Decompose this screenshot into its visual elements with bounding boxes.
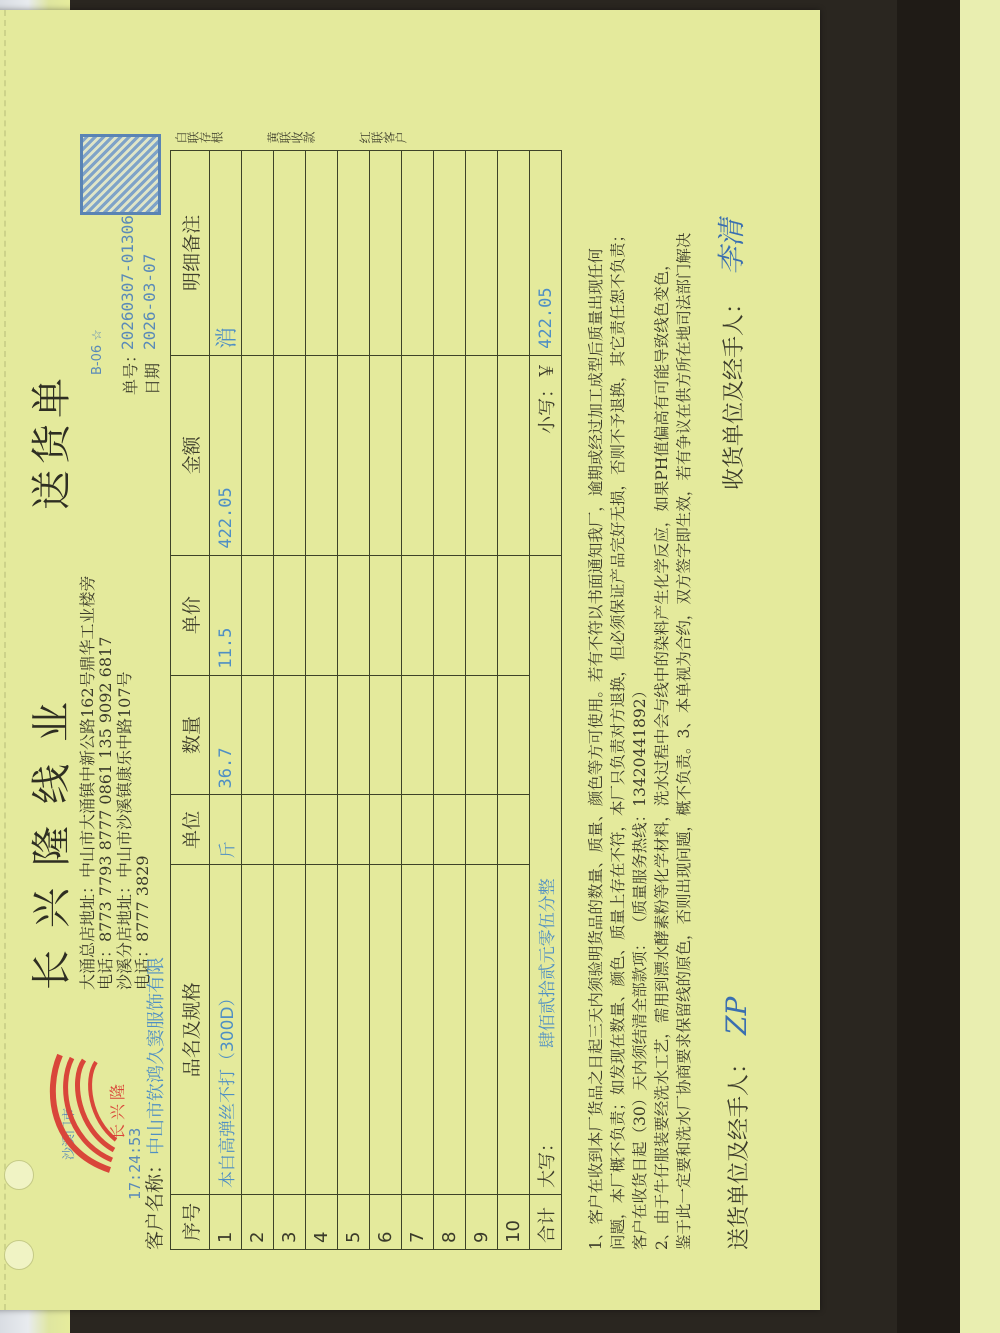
form-code: B-06 ☆	[90, 329, 105, 375]
row-no: 3	[274, 1195, 306, 1250]
company-title: 长兴隆线业	[20, 680, 77, 990]
capital-label: 大写：	[537, 1134, 558, 1188]
brand-mark: 长兴隆	[105, 1080, 128, 1140]
receiver-sign: 李清	[715, 219, 748, 275]
terms-line: 2、由于牛仔服装要经洗水工艺，需用到漂水酵素粉等化学材料，洗水过程中会与线中的染…	[651, 110, 673, 1250]
items-table: 序号 品名及规格 单位 数量 单价 金额 明细备注 1 本白高弹丝不打（300D…	[170, 150, 562, 1250]
row-remark: 消	[210, 151, 242, 356]
sender-label: 送货单位及经手人：	[727, 1052, 752, 1250]
col-header-no: 序号	[171, 1195, 210, 1250]
customer-name: 中山市钦鸿久窦服饰有限	[142, 957, 168, 1155]
table-row: 7	[402, 151, 434, 1250]
document-title: 送货单	[20, 372, 77, 510]
terms-line: 问题，本厂概不负责；如发现在数量、颜色、质量上存在不符，本厂只负责对方退换，但必…	[607, 110, 629, 1250]
perforation-line	[4, 10, 6, 1310]
col-header-amount: 金额	[171, 355, 210, 555]
col-header-unit: 单位	[171, 795, 210, 865]
col-header-remark: 明细备注	[171, 151, 210, 356]
col-header-qty: 数量	[171, 675, 210, 795]
col-header-name: 品名及规格	[171, 865, 210, 1195]
date-value: 2026-03-07	[140, 254, 159, 350]
row-no: 4	[306, 1195, 338, 1250]
adjacent-paper	[960, 0, 1000, 1333]
table-row: 8	[434, 151, 466, 1250]
copy-label-yellow: 黄联收款	[267, 131, 315, 145]
copy-label-white: 白联存根	[175, 131, 223, 145]
order-no: 20260307-01306	[118, 215, 137, 350]
table-row: 3	[274, 151, 306, 1250]
row-amount: 422.05	[210, 355, 242, 555]
terms-line: 客户在收货日起（30）天内须结清全部款项： （质量服务热线：1342044189…	[629, 110, 651, 1250]
copy-label-red: 红联客户	[359, 131, 407, 145]
customer-label: 客户名称：	[140, 1155, 167, 1250]
binding-hole	[4, 1240, 34, 1270]
total-row: 合计 大写： 肆佰贰拾贰元零伍分整 小写：￥ 422.05	[530, 151, 562, 1250]
date-label: 日期	[140, 363, 163, 395]
terms-line: 鉴于此一定要和洗水厂协商要求保留线的原色，否则出现问题，概不负责。3、本单视为合…	[673, 110, 695, 1250]
terms-and-conditions: 1、客户在收到本厂货品之日起三天内须验明货品的数量、质量、颜色等方可使用。若有不…	[585, 110, 695, 1250]
table-header-row: 序号 品名及规格 单位 数量 单价 金额 明细备注	[171, 151, 210, 1250]
row-no: 7	[402, 1195, 434, 1250]
company-logo: 沙溪门市 长兴隆 17:24:53	[30, 1020, 150, 1240]
order-no-label: 单号：	[118, 347, 141, 395]
total-label: 合计	[530, 1195, 562, 1250]
small-label: 小写：￥	[530, 355, 562, 555]
capital-value: 肆佰贰拾贰元零伍分整	[538, 878, 558, 1048]
table-row: 2	[242, 151, 274, 1250]
table-row: 10	[498, 151, 530, 1250]
row-no: 2	[242, 1195, 274, 1250]
table-row: 9	[466, 151, 498, 1250]
sender-sign: ZP	[720, 997, 753, 1035]
terms-line: 1、客户在收到本厂货品之日起三天内须验明货品的数量、质量、颜色等方可使用。若有不…	[585, 110, 607, 1250]
row-name: 本白高弹丝不打（300D）	[210, 865, 242, 1195]
small-value: 422.05	[530, 151, 562, 356]
table-row: 5	[338, 151, 370, 1250]
copy-labels: 白联存根 黄联收款 红联客户	[175, 105, 451, 145]
receiver-label: 收货单位及经手人：	[722, 292, 747, 490]
qr-code	[80, 134, 161, 215]
row-unit: 斤	[210, 795, 242, 865]
row-no: 1	[210, 1195, 242, 1250]
row-qty: 36.7	[210, 675, 242, 795]
capital-amount: 大写： 肆佰贰拾贰元零伍分整	[530, 555, 562, 1194]
sender-signature: 送货单位及经手人： ZP	[720, 997, 753, 1250]
table-row: 4	[306, 151, 338, 1250]
row-no: 8	[434, 1195, 466, 1250]
table-row: 6	[370, 151, 402, 1250]
row-no: 10	[498, 1195, 530, 1250]
row-price: 11.5	[210, 555, 242, 675]
row-no: 9	[466, 1195, 498, 1250]
row-no: 5	[338, 1195, 370, 1250]
delivery-note: 沙溪门市 长兴隆 17:24:53 长兴隆线业 送货单 大涌总店地址：中山市大涌…	[0, 10, 820, 1310]
table-row: 1 本白高弹丝不打（300D） 斤 36.7 11.5 422.05 消	[210, 151, 242, 1250]
col-header-price: 单价	[171, 555, 210, 675]
row-no: 6	[370, 1195, 402, 1250]
receiver-signature: 收货单位及经手人： 李清	[710, 219, 750, 490]
